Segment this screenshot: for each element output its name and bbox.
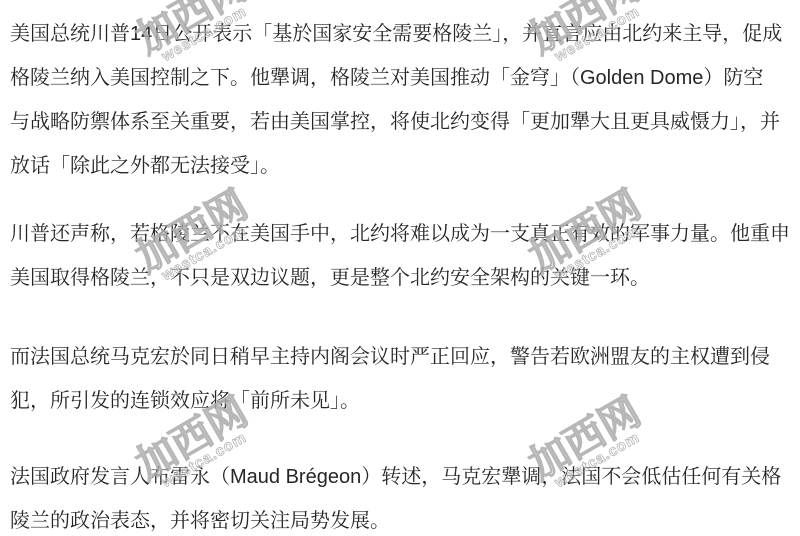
article-line: 格陵兰纳入美国控制之下。他犟调，格陵兰对美国推动「金穹」（Golden Dome… (10, 56, 790, 100)
article-paragraph: 川普还声称，若格陵兰不在美国手中，北约将难以成为一支真正有效的军事力量。他重申 … (10, 212, 790, 300)
article-paragraph: 法国政府发言人布雷永（Maud Brégeon）转述，马克宏犟调，法国不会低估任… (10, 455, 790, 536)
article-paragraph: 美国总统川普14日公开表示「基於国家安全需要格陵兰」，并直言应由北约来主导，促成… (10, 12, 790, 188)
article-line: 陵兰的政治表态，并将密切关注局势发展。 (10, 499, 790, 536)
article-line: 与战略防禦体系至关重要，若由美国掌控，将使北约变得「更加犟大且更具威慑力」，并 (10, 100, 790, 144)
article-paragraph: 而法国总统马克宏於同日稍早主持内阁会议时严正回应，警告若欧洲盟友的主权遭到侵 犯… (10, 335, 790, 423)
article-body: 美国总统川普14日公开表示「基於国家安全需要格陵兰」，并直言应由北约来主导，促成… (0, 0, 800, 536)
article-line: 犯，所引发的连锁效应将「前所未见」。 (10, 379, 790, 423)
article-line: 法国政府发言人布雷永（Maud Brégeon）转述，马克宏犟调，法国不会低估任… (10, 455, 790, 499)
article-line: 而法国总统马克宏於同日稍早主持内阁会议时严正回应，警告若欧洲盟友的主权遭到侵 (10, 335, 790, 379)
article-line: 美国取得格陵兰，不只是双边议题，更是整个北约安全架构的关键一环。 (10, 256, 790, 300)
article-line: 放话「除此之外都无法接受」。 (10, 144, 790, 188)
article-line: 川普还声称，若格陵兰不在美国手中，北约将难以成为一支真正有效的军事力量。他重申 (10, 212, 790, 256)
article-line: 美国总统川普14日公开表示「基於国家安全需要格陵兰」，并直言应由北约来主导，促成 (10, 12, 790, 56)
